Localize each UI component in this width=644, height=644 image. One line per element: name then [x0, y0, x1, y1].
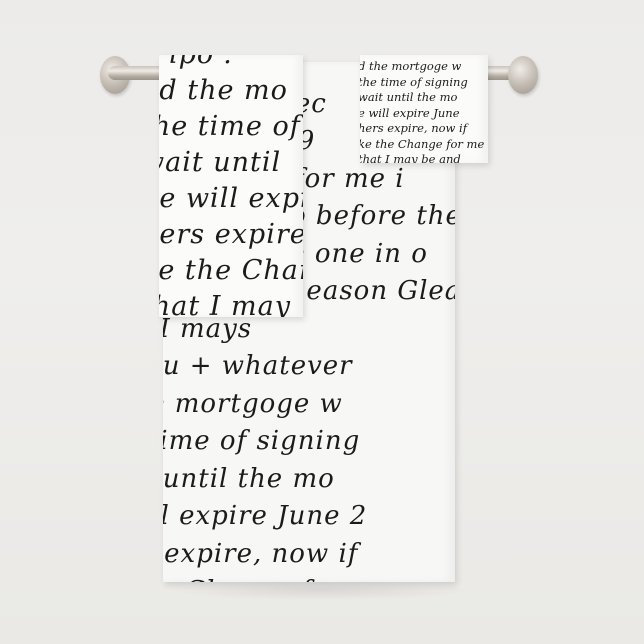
hand-towel: n ipo : nd the mo the time of wait until…: [159, 55, 303, 317]
wash-cloth: d the mortgoge w the time of signing wai…: [360, 55, 488, 163]
hand-towel-script: n ipo : nd the mo the time of wait until…: [159, 55, 303, 317]
wash-cloth-script: d the mortgoge w the time of signing wai…: [360, 59, 484, 163]
towel-shadow: [170, 580, 470, 600]
towel-bar-right-mount: [508, 56, 538, 94]
